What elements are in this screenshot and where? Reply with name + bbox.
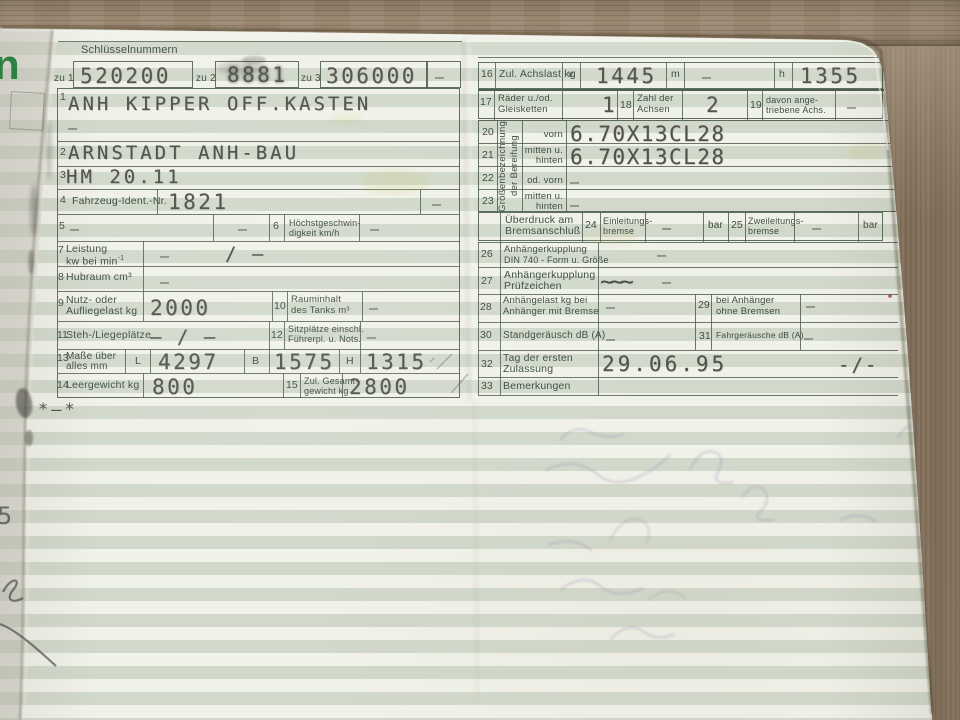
field-7-sup: -1 xyxy=(118,255,125,262)
field-14-label: Leergewicht kg xyxy=(66,380,139,392)
field-25-label-2: bremse xyxy=(748,226,779,236)
field-33-num: 33 xyxy=(481,381,493,392)
field-21-label-2: hinten xyxy=(524,156,563,167)
field-19-label-1: davon ange- xyxy=(766,95,818,105)
field-24-label-2: bremse xyxy=(603,226,634,236)
field-8-value: — xyxy=(160,275,170,290)
field-31-num: 31 xyxy=(699,331,711,342)
field-10-label-2: des Tanks m³ xyxy=(291,306,350,317)
row-line xyxy=(478,242,898,243)
typed-star-note: *—* xyxy=(38,402,78,419)
field-5-value: — xyxy=(70,222,80,237)
field-31-label: Fahrgeräusche dB (A) xyxy=(716,331,804,341)
cell-line xyxy=(283,373,284,398)
field-12-label-2: Führerpl. u. Nots. xyxy=(288,334,361,344)
zu1-label: zu 1 xyxy=(54,73,74,84)
field-16-label: Zul. Achslast kg xyxy=(499,69,576,81)
cell-line xyxy=(580,62,581,90)
field-19-num: 19 xyxy=(750,100,762,111)
field-6-value: — xyxy=(370,222,380,237)
top-rule-right xyxy=(478,57,886,58)
field-18-num: 18 xyxy=(620,100,632,111)
cell-line xyxy=(728,212,729,242)
field-8-label: Hubraum cm³ xyxy=(66,272,132,284)
zu1-value: 520200 xyxy=(80,66,171,87)
tyres-side-label-1: Größenbezeichnung xyxy=(498,121,508,211)
cell-line xyxy=(617,90,618,120)
row-line xyxy=(58,321,460,322)
cell-line xyxy=(125,349,126,373)
field-7-label-2: kw bei min-1 xyxy=(66,255,124,268)
zu2-label: zu 2 xyxy=(196,73,216,84)
field-24-num: 24 xyxy=(585,220,597,231)
cell-line xyxy=(858,212,859,242)
field-16-v-label: v xyxy=(568,69,573,80)
field-32-right-value: -/- xyxy=(838,356,878,375)
cell-line xyxy=(566,120,567,212)
field-5-mid-dash: — xyxy=(238,222,248,237)
cell-line xyxy=(284,214,285,241)
top-rule xyxy=(58,41,462,42)
cell-line xyxy=(792,62,793,90)
cell-line xyxy=(633,90,634,120)
field-27-num: 27 xyxy=(481,276,493,287)
key-numbers-title: Schlüsselnummern xyxy=(81,44,178,56)
field-16-h-value: 1355 xyxy=(800,66,861,87)
cell-line xyxy=(272,291,273,321)
field-33-label: Bemerkungen xyxy=(503,381,571,393)
field-25-label-1: Zweileitungs- xyxy=(748,216,804,226)
field-4-value: 1821 xyxy=(168,192,229,213)
field-18-value: 2 xyxy=(706,95,721,116)
field-13-label-2: alles mm xyxy=(66,361,108,372)
vehicle-registration-document: n 5 Schlüsselnummern zu 1 520200 zu 2 88… xyxy=(0,0,960,720)
field-3-value: HM 20.11 xyxy=(66,168,182,187)
field-12-num: 12 xyxy=(271,330,283,341)
field-29-value: — xyxy=(806,299,816,314)
field-29-label-2: ohne Bremsen xyxy=(716,307,780,318)
zu2-value: 8881 xyxy=(227,65,288,86)
cell-line xyxy=(269,214,270,241)
field-7-num: 7 xyxy=(58,245,64,256)
cell-line xyxy=(360,321,361,349)
field-16-num: 16 xyxy=(481,69,493,80)
field-20-label: vorn xyxy=(524,130,563,141)
cell-line xyxy=(666,62,667,90)
cell-line xyxy=(645,212,646,242)
field-2-num: 2 xyxy=(60,147,66,158)
field-22-num: 22 xyxy=(482,173,494,184)
field-1-dash: — xyxy=(68,121,78,136)
field-25-value: — xyxy=(812,221,822,236)
field-15-num: 15 xyxy=(286,380,298,391)
field-30-value: — xyxy=(606,332,616,347)
field-11-value: — / — xyxy=(150,328,217,347)
field-5-num: 5 xyxy=(59,221,65,232)
row-line xyxy=(478,377,898,378)
field-4-label: Fahrzeug-Ident.-Nr. xyxy=(72,196,167,208)
cell-line xyxy=(362,291,363,321)
field-4-num: 4 xyxy=(60,195,66,206)
field-1-value: ANH KIPPER OFF.KASTEN xyxy=(68,95,371,114)
field-28-num: 28 xyxy=(480,302,492,313)
green-logo-letter: n xyxy=(0,44,19,86)
field-32-label-2: Zulassung xyxy=(503,364,553,376)
row-line xyxy=(58,241,460,242)
field-16-m-label: m xyxy=(671,69,680,80)
field-7-value-2: / — xyxy=(225,245,265,264)
field-1-num: 1 xyxy=(60,92,66,103)
zu-extra-dash: — xyxy=(435,70,445,85)
cell-line xyxy=(682,90,683,120)
cell-line xyxy=(284,321,285,349)
faded-stamp-box xyxy=(9,91,45,131)
cell-line xyxy=(342,373,343,398)
field-20-value: 6.70X13CL28 xyxy=(570,124,726,145)
row-line xyxy=(58,291,460,292)
field-7-label-2-text: kw bei min xyxy=(66,256,118,268)
field-30-num: 30 xyxy=(480,330,492,341)
cell-line xyxy=(143,373,144,398)
field-27-value: — xyxy=(662,275,672,290)
field-24-header-2: Bremsanschluß xyxy=(505,226,581,238)
field-16-h-label: h xyxy=(779,69,785,80)
cell-line xyxy=(339,349,340,373)
field-12-label-1: Sitzplätze einschl. xyxy=(288,324,364,334)
field-13-l-value: 4297 xyxy=(158,352,219,373)
field-13-h-value: 1315 xyxy=(366,352,427,373)
field-29-num: 29 xyxy=(698,300,710,311)
cell-line xyxy=(150,349,151,373)
cell-line xyxy=(600,212,601,242)
cell-line xyxy=(287,291,288,321)
cell-line xyxy=(800,294,801,350)
cell-line xyxy=(300,373,301,398)
cell-line xyxy=(500,242,501,395)
cell-line xyxy=(562,62,563,90)
cell-line xyxy=(420,189,421,214)
field-3-num: 3 xyxy=(60,170,66,181)
field-28-label-2: Anhänger mit Bremse xyxy=(503,307,599,318)
field-24-unit: bar xyxy=(708,220,723,231)
field-28-value: — xyxy=(606,300,616,315)
field-26-value: — xyxy=(657,248,667,263)
cell-line xyxy=(745,212,746,242)
margin-handwritten-number: 5 xyxy=(0,504,12,528)
field-6-label-1: Höchstgeschwin- xyxy=(289,218,361,228)
zu3-value: 306000 xyxy=(326,66,417,87)
field-22-label: od. vorn xyxy=(524,176,563,187)
cell-line xyxy=(143,241,144,321)
cell-line xyxy=(244,349,245,373)
field-23-value: — xyxy=(570,198,580,213)
field-15-value: 2800 xyxy=(349,377,410,398)
tyres-side-label-2: der Bereifung xyxy=(510,121,520,211)
cell-line xyxy=(711,294,712,350)
field-10-value: — xyxy=(369,301,379,316)
table-edge xyxy=(478,242,479,395)
field-9-num: 9 xyxy=(58,298,64,309)
cell-line xyxy=(269,349,270,373)
field-7-label-1: Leistung xyxy=(66,244,107,256)
field-17-label-2: Gleisketten xyxy=(498,105,548,116)
field-16-m-value: — xyxy=(702,70,712,85)
cell-line xyxy=(774,62,775,90)
field-16-v-value: 1445 xyxy=(596,66,657,87)
field-22-value: — xyxy=(570,175,580,190)
cell-line xyxy=(695,294,696,350)
cell-line xyxy=(762,90,763,120)
field-25-unit: bar xyxy=(863,220,878,231)
cell-line xyxy=(835,90,836,120)
field-13-h-label: H xyxy=(346,356,354,367)
field-31-value: — xyxy=(804,331,814,346)
field-26-num: 26 xyxy=(481,249,493,260)
field-9-label-2: Aufliegelast kg xyxy=(66,306,137,318)
cell-line xyxy=(500,212,501,242)
field-17-num: 17 xyxy=(480,97,492,108)
field-19-label-2: triebene Achs. xyxy=(766,105,826,115)
row-line xyxy=(58,214,460,215)
wood-table-background: n 5 Schlüsselnummern zu 1 520200 zu 2 88… xyxy=(0,0,960,720)
field-8-num: 8 xyxy=(58,272,64,283)
row-line xyxy=(58,189,460,190)
cell-line xyxy=(157,189,158,214)
field-17-value: 1 xyxy=(602,95,617,116)
cell-line xyxy=(522,120,523,212)
cell-line xyxy=(562,90,563,120)
field-6-label-2: digkeit km/h xyxy=(289,228,339,238)
cell-line xyxy=(582,212,583,242)
cell-line xyxy=(747,90,748,120)
field-25-num: 25 xyxy=(731,220,743,231)
field-7-value: — xyxy=(160,249,170,264)
field-30-label: Standgeräusch dB (A) xyxy=(503,330,605,341)
field-13-b-label: B xyxy=(252,356,259,367)
cell-line xyxy=(703,212,704,242)
row-line xyxy=(478,350,898,351)
field-18-label-2: Achsen xyxy=(637,105,670,116)
field-6-num: 6 xyxy=(273,221,279,232)
cell-line xyxy=(213,214,214,241)
cell-line xyxy=(269,321,270,349)
cell-line xyxy=(794,212,795,242)
field-27-squiggle: ~~~ xyxy=(600,272,631,294)
row-line xyxy=(478,322,898,323)
field-27-label-2: Prüfzeichen xyxy=(504,281,562,293)
field-11-label: Steh-/Liegeplätze xyxy=(66,330,151,342)
field-12-value: — xyxy=(367,330,377,345)
cell-line xyxy=(684,62,685,90)
cell-line xyxy=(360,349,361,373)
field-21-value: 6.70X13CL28 xyxy=(570,147,726,168)
field-19-value: — xyxy=(847,100,857,115)
field-4-dash: — xyxy=(432,197,442,212)
cell-line xyxy=(359,214,360,241)
field-13-b-value: 1575 xyxy=(274,352,335,373)
field-26-label-2: DIN 740 - Form u. Größe xyxy=(504,255,609,265)
field-2-value: ARNSTADT ANH-BAU xyxy=(68,144,299,163)
cell-line xyxy=(495,62,496,90)
field-32-num: 32 xyxy=(481,359,493,370)
cell-line xyxy=(494,90,495,120)
field-32-value: 29.06.95 xyxy=(602,354,727,375)
field-24-value: — xyxy=(662,221,672,236)
row-line xyxy=(479,189,895,190)
zu3-label: zu 3 xyxy=(301,73,321,84)
field-20-num: 20 xyxy=(482,127,494,138)
row-line xyxy=(478,395,898,396)
field-10-num: 10 xyxy=(274,301,286,312)
field-21-num: 21 xyxy=(482,150,494,161)
row-line xyxy=(478,267,898,268)
field-9-value: 2000 xyxy=(150,298,211,319)
field-23-num: 23 xyxy=(482,196,494,207)
field-14-value: 800 xyxy=(152,377,197,398)
field-13-l-label: L xyxy=(135,356,141,367)
